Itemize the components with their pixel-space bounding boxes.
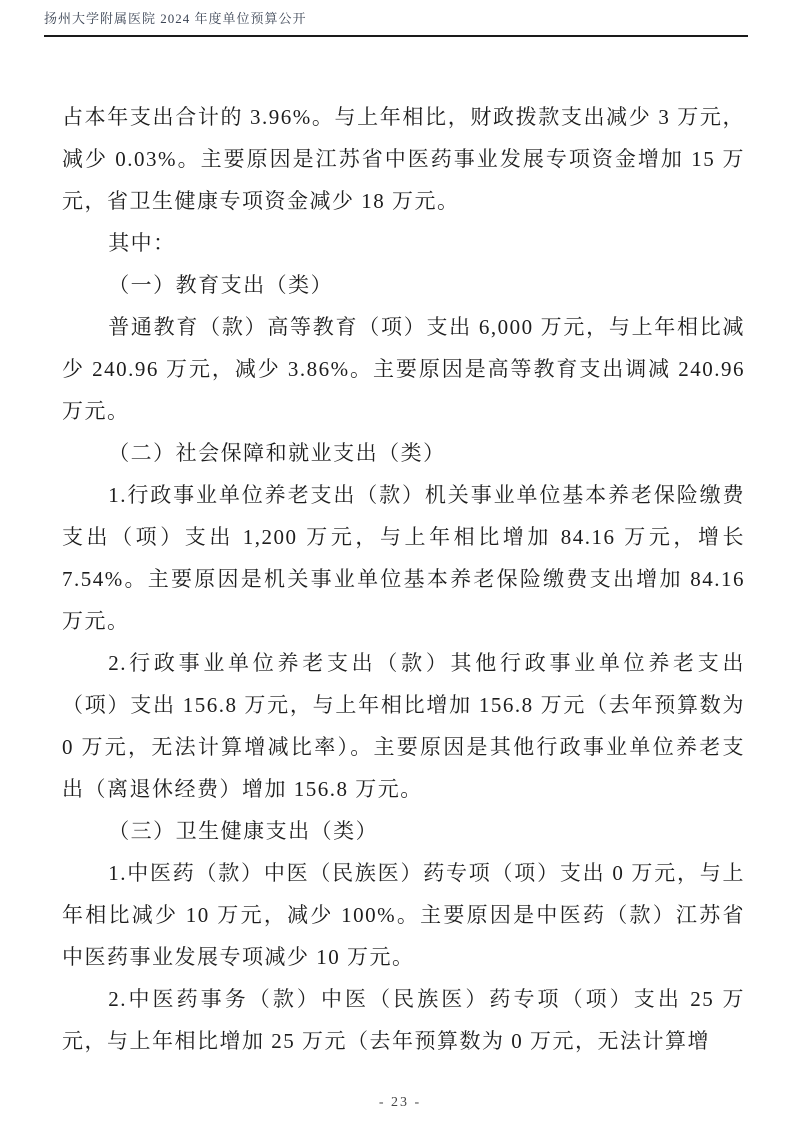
paragraph: 占本年支出合计的 3.96%。与上年相比，财政拨款支出减少 3 万元，减少 0.…	[62, 96, 745, 222]
page-number: - 23 -	[379, 1095, 421, 1110]
paragraph: 1.行政事业单位养老支出（款）机关事业单位基本养老保险缴费支出（项）支出 1,2…	[62, 474, 745, 642]
paragraph-section-heading: （三）卫生健康支出（类）	[62, 810, 745, 852]
paragraph: 2.中医药事务（款）中医（民族医）药专项（项）支出 25 万元，与上年相比增加 …	[62, 978, 745, 1062]
paragraph: 普通教育（款）高等教育（项）支出 6,000 万元，与上年相比减少 240.96…	[62, 306, 745, 432]
page-footer: - 23 -	[0, 1093, 800, 1111]
document-body: 占本年支出合计的 3.96%。与上年相比，财政拨款支出减少 3 万元，减少 0.…	[62, 30, 745, 1062]
paragraph: 1.中医药（款）中医（民族医）药专项（项）支出 0 万元，与上年相比减少 10 …	[62, 852, 745, 978]
paragraph: 其中：	[62, 222, 745, 264]
paragraph: 2.行政事业单位养老支出（款）其他行政事业单位养老支出（项）支出 156.8 万…	[62, 642, 745, 810]
paragraph-section-heading: （二）社会保障和就业支出（类）	[62, 432, 745, 474]
paragraph-section-heading: （一）教育支出（类）	[62, 264, 745, 306]
document-page: 扬州大学附属医院 2024 年度单位预算公开 占本年支出合计的 3.96%。与上…	[0, 0, 800, 1131]
header-title: 扬州大学附属医院 2024 年度单位预算公开	[44, 11, 307, 26]
